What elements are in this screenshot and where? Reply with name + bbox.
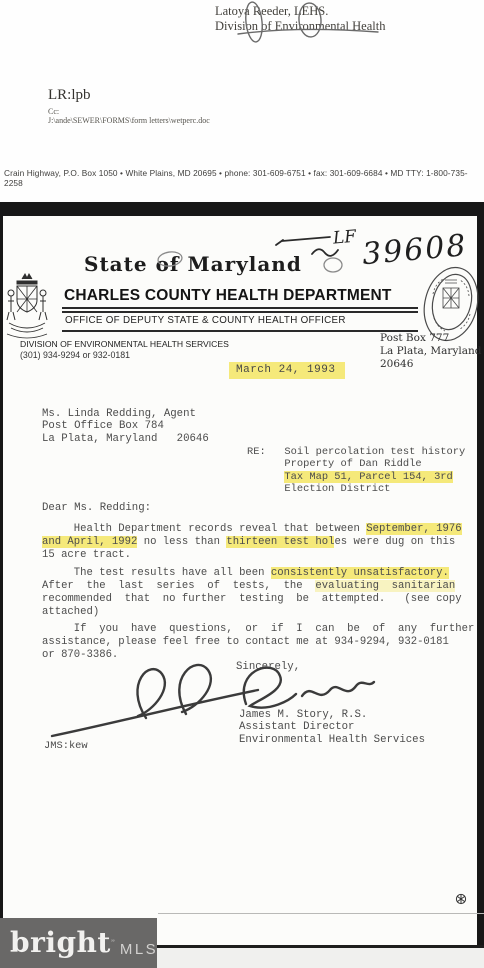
reference-initials: LR:lpb: [48, 87, 91, 104]
division-line: DIVISION OF ENVIRONMENTAL HEALTH SERVICE…: [20, 339, 229, 349]
salutation: Dear Ms. Redding:: [42, 502, 151, 514]
recipient-address-block: Ms. Linda Redding, AgentPost Office Box …: [42, 408, 209, 445]
letter-date: March 24, 1993: [229, 364, 345, 376]
body-paragraph-3: If you have questions, or if I can be of…: [42, 623, 474, 662]
top-signatory-block: Latoya Reeder, LEHS. Division of Environ…: [215, 4, 385, 34]
letterhead-rule: [62, 311, 418, 313]
po-zip-line: 20646: [380, 358, 481, 371]
scan-border-left: [0, 216, 3, 945]
agency-contact-line: Crain Highway, P.O. Box 1050 • White Pla…: [4, 168, 482, 188]
bright-mls-watermark: bright”MLS: [0, 918, 157, 968]
letterhead-rule: [62, 307, 418, 309]
document-file-path: J:\ande\SEWER\FORMS\form letters\wetperc…: [48, 116, 210, 125]
scan-border-top: [0, 202, 484, 216]
re-subject-block: RE: Soil percolation test history Proper…: [247, 446, 465, 496]
po-city-line: La Plata, Maryland: [380, 345, 481, 358]
top-signatory-name: Latoya Reeder, LEHS.: [215, 4, 385, 19]
letterhead-rule: [62, 330, 418, 332]
closing-line: Sincerely,: [236, 661, 300, 673]
maryland-coat-of-arms-seal: [5, 271, 49, 347]
body-paragraph-2: The test results have all been consisten…: [42, 567, 462, 619]
letterhead-phone-line: (301) 934-9294 or 932-0181: [20, 350, 130, 360]
office-subheading: OFFICE OF DEPUTY STATE & COUNTY HEALTH O…: [65, 315, 346, 326]
state-of-maryland-heading: State of Maryland: [84, 252, 302, 276]
top-signatory-division: Division of Environmental Health: [215, 19, 385, 34]
cc-label: Cc:: [48, 107, 59, 116]
bright-logo-text: bright: [10, 929, 111, 957]
typist-initials: JMS:kew: [44, 740, 88, 752]
date-highlight: March 24, 1993: [229, 362, 345, 379]
po-box-line: Post Box 777: [380, 332, 481, 345]
scan-edge-line: [158, 913, 484, 914]
department-heading: CHARLES COUNTY HEALTH DEPARTMENT: [64, 287, 392, 305]
mls-logo-text: MLS: [120, 941, 158, 958]
signature-block: James M. Story, R.S.Assistant DirectorEn…: [239, 709, 425, 746]
body-paragraph-1: Health Department records reveal that be…: [42, 523, 462, 562]
scanned-letter-page: Latoya Reeder, LEHS. Division of Environ…: [0, 0, 484, 968]
letterhead-address-block: Post Box 777 La Plata, Maryland 20646: [380, 332, 481, 371]
bright-quote-mark: ”: [111, 938, 115, 948]
stamp-asterisk-icon: [455, 893, 467, 905]
